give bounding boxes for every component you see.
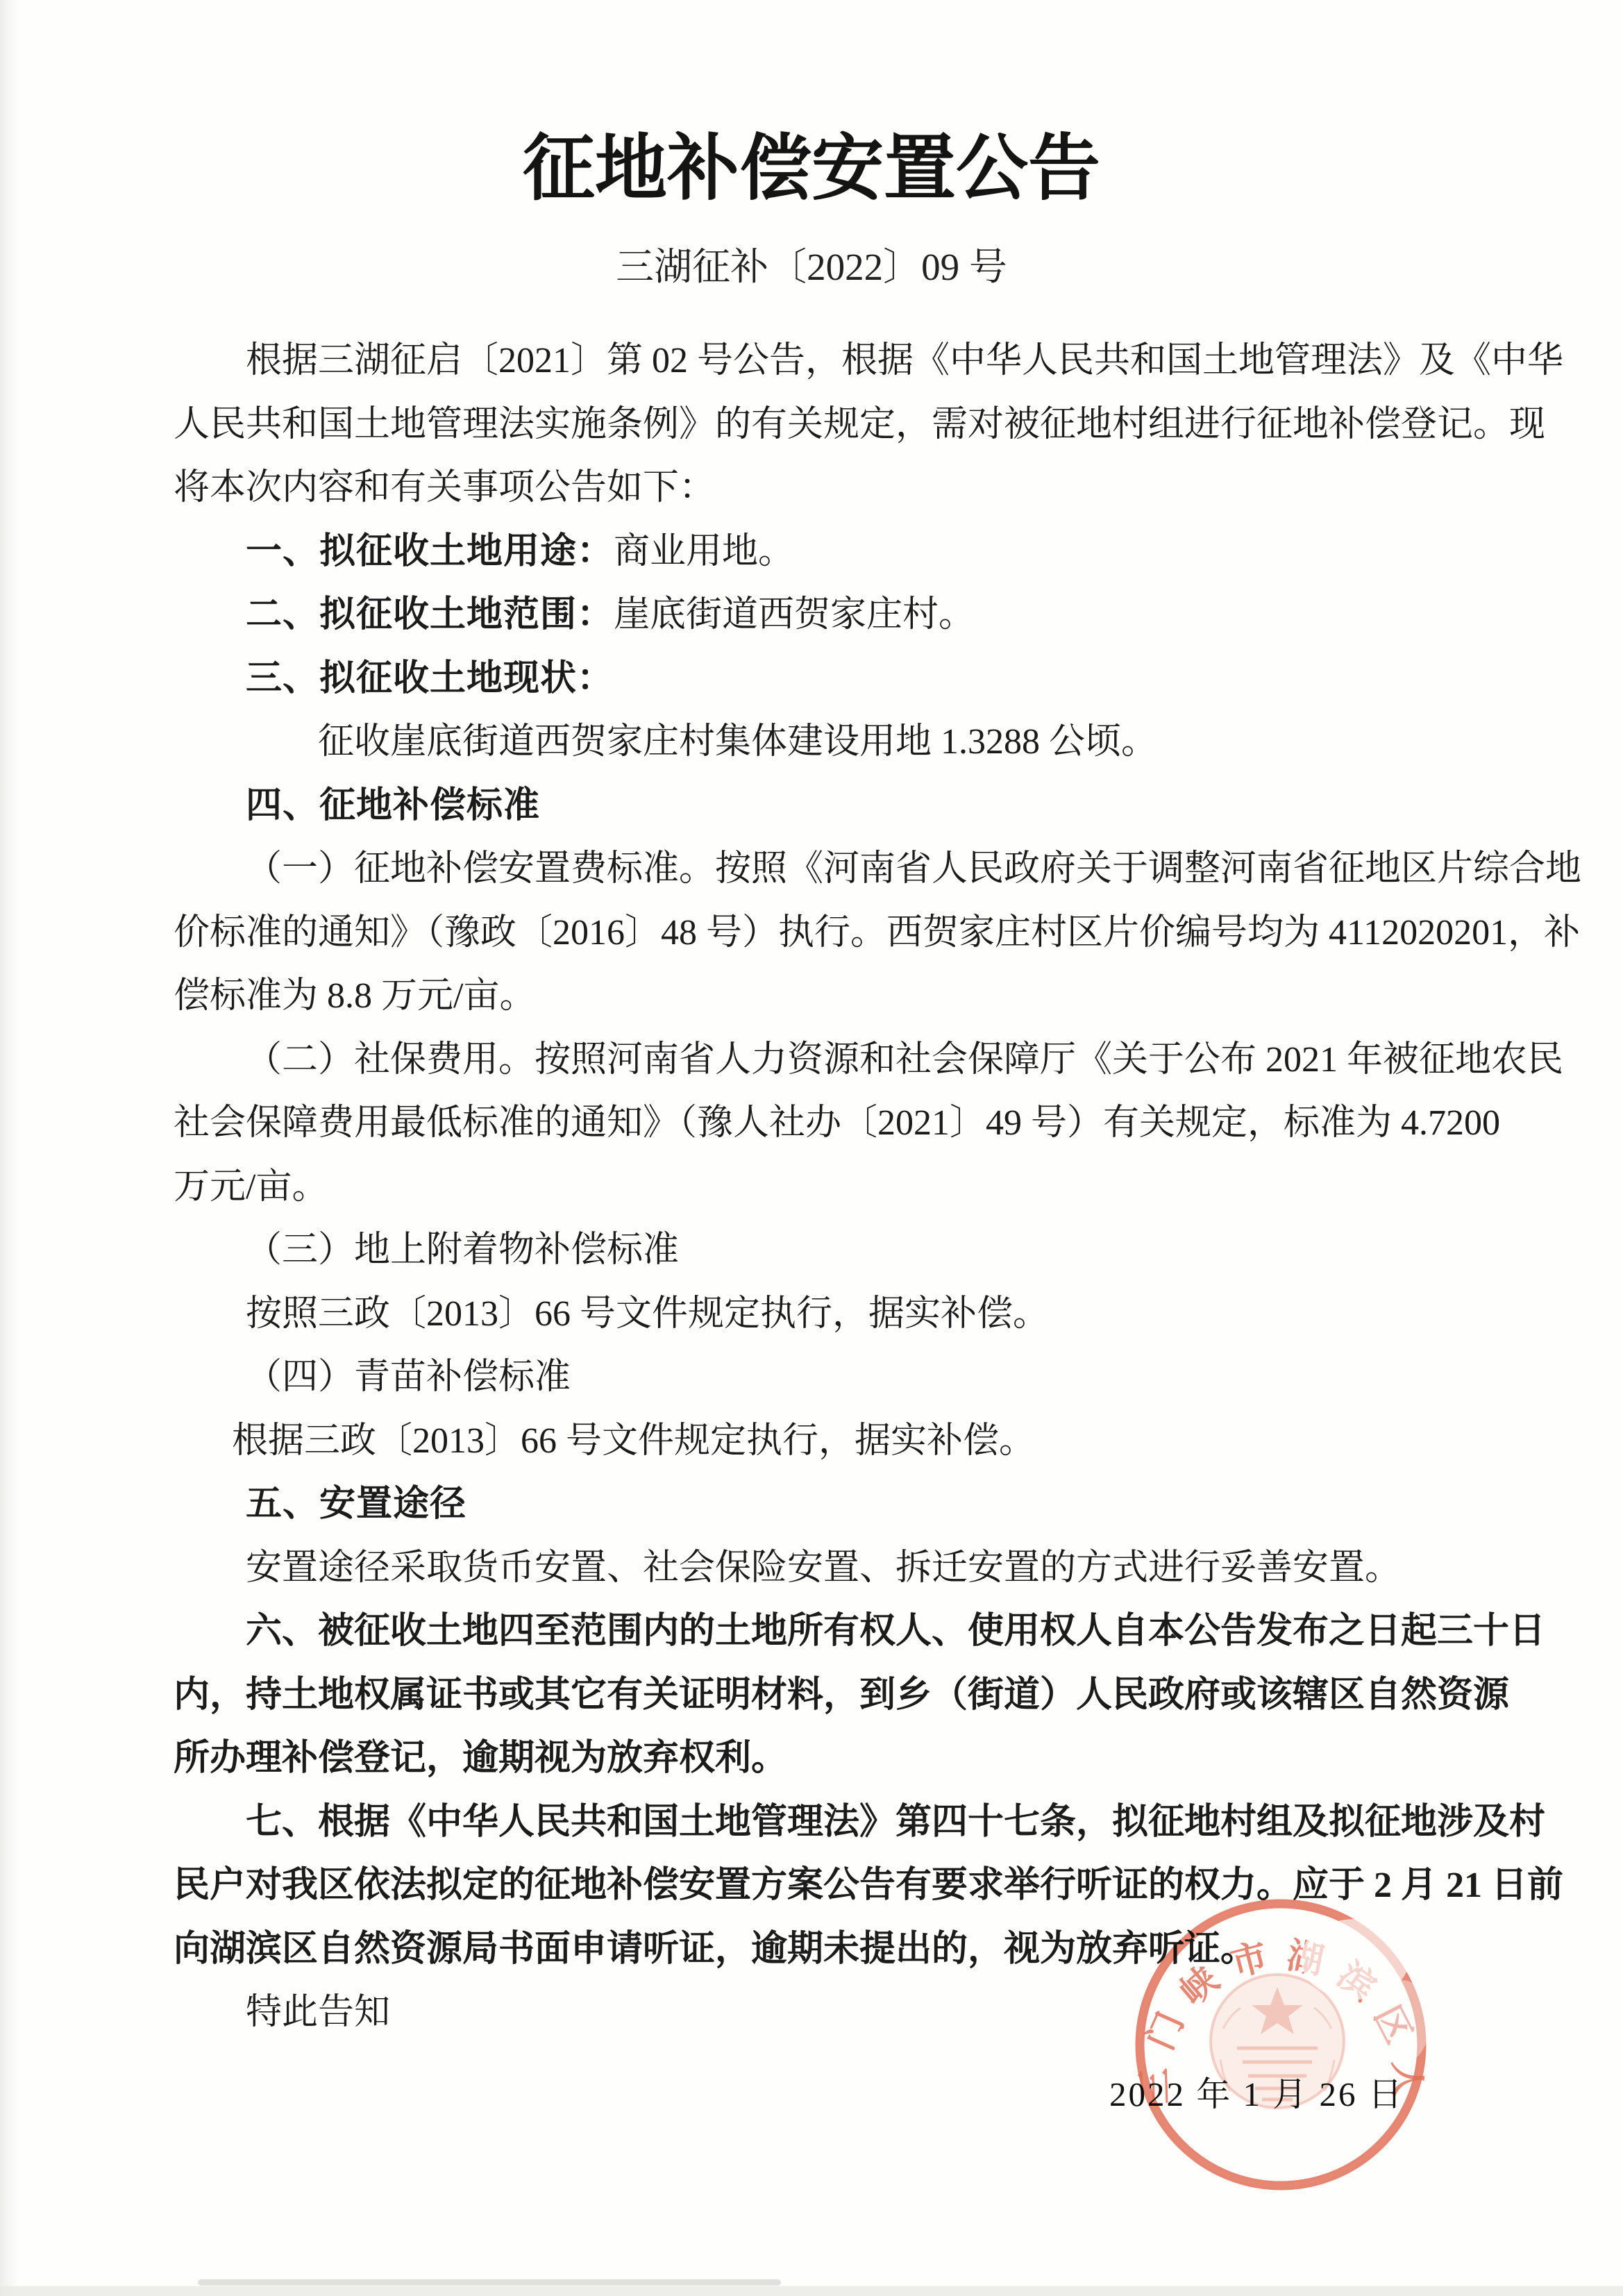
section-heading: 一、拟征收土地用途： xyxy=(246,531,614,571)
body-line: 偿标准为 8.8 万元/亩。 xyxy=(174,964,1492,1028)
body-line: （二）社保费用。按照河南省人力资源和社会保障厅《关于公布 2021 年被征地农民 xyxy=(174,1028,1492,1092)
body-line: （三）地上附着物补偿标准 xyxy=(174,1218,1492,1282)
body-line: 万元/亩。 xyxy=(174,1155,1492,1219)
official-seal: 三门峡市湖滨区人民政府 xyxy=(1119,1883,1443,2206)
scan-artifact-smudge xyxy=(198,2279,781,2286)
national-emblem-icon xyxy=(1211,1975,1344,2108)
document-body: 根据三湖征启〔2021〕第 02 号公告，根据《中华人民共和国土地管理法》及《中… xyxy=(174,329,1492,2045)
section-value: 商业用地。 xyxy=(614,532,794,571)
body-line: 所办理补偿登记，逾期视为放弃权利。 xyxy=(174,1727,1492,1791)
body-line: 按照三政〔2013〕66 号文件规定执行，据实补偿。 xyxy=(174,1282,1492,1346)
body-line: 安置途径采取货币安置、社会保险安置、拆迁安置的方式进行妥善安置。 xyxy=(174,1536,1492,1600)
body-line: 五、安置途径 xyxy=(174,1473,1492,1536)
body-line: 人民共和国土地管理法实施条例》的有关规定，需对被征地村组进行征地补偿登记。现 xyxy=(174,393,1492,457)
page-title: 征地补偿安置公告 xyxy=(0,110,1623,214)
section-value: 崖底街道西贺家庄村。 xyxy=(614,595,975,635)
body-line: 一、拟征收土地用途：商业用地。 xyxy=(174,520,1492,584)
body-line: 根据三湖征启〔2021〕第 02 号公告，根据《中华人民共和国土地管理法》及《中… xyxy=(174,329,1492,393)
body-line: 二、拟征收土地范围：崖底街道西贺家庄村。 xyxy=(174,583,1492,647)
section-heading: 三、拟征收土地现状： xyxy=(246,658,614,698)
body-line: 六、被征收土地四至范围内的土地所有权人、使用权人自本公告发布之日起三十日 xyxy=(174,1600,1492,1664)
body-line: 七、根据《中华人民共和国土地管理法》第四十七条，拟征地村组及拟征地涉及村 xyxy=(174,1791,1492,1854)
body-line: 四、征地补偿标准 xyxy=(174,774,1492,838)
section-heading: 四、征地补偿标准 xyxy=(246,785,540,826)
announcement-page: 征地补偿安置公告 三湖征补〔2022〕09 号 根据三湖征启〔2021〕第 02… xyxy=(0,0,1623,2296)
section-heading: 五、安置途径 xyxy=(246,1484,466,1524)
body-line: 三、拟征收土地现状： xyxy=(174,647,1492,711)
body-line: 根据三政〔2013〕66 号文件规定执行，据实补偿。 xyxy=(174,1409,1492,1473)
scan-artifact-edge xyxy=(0,2286,1623,2296)
body-line: 价标准的通知》（豫政〔2016〕48 号）执行。西贺家庄村区片价编号均为 411… xyxy=(174,901,1492,965)
body-line: （一）征地补偿安置费标准。按照《河南省人民政府关于调整河南省征地区片综合地 xyxy=(174,837,1492,901)
body-line: （四）青苗补偿标准 xyxy=(174,1346,1492,1409)
body-line: 内，持土地权属证书或其它有关证明材料，到乡（街道）人民政府或该辖区自然资源 xyxy=(174,1664,1492,1727)
body-line: 征收崖底街道西贺家庄村集体建设用地 1.3288 公顷。 xyxy=(174,710,1492,774)
body-line: 社会保障费用最低标准的通知》（豫人社办〔2021〕49 号）有关规定，标准为 4… xyxy=(174,1091,1492,1155)
section-heading: 二、拟征收土地范围： xyxy=(246,594,614,635)
document-number: 三湖征补〔2022〕09 号 xyxy=(0,236,1623,291)
body-line: 将本次内容和有关事项公告如下： xyxy=(174,456,1492,520)
